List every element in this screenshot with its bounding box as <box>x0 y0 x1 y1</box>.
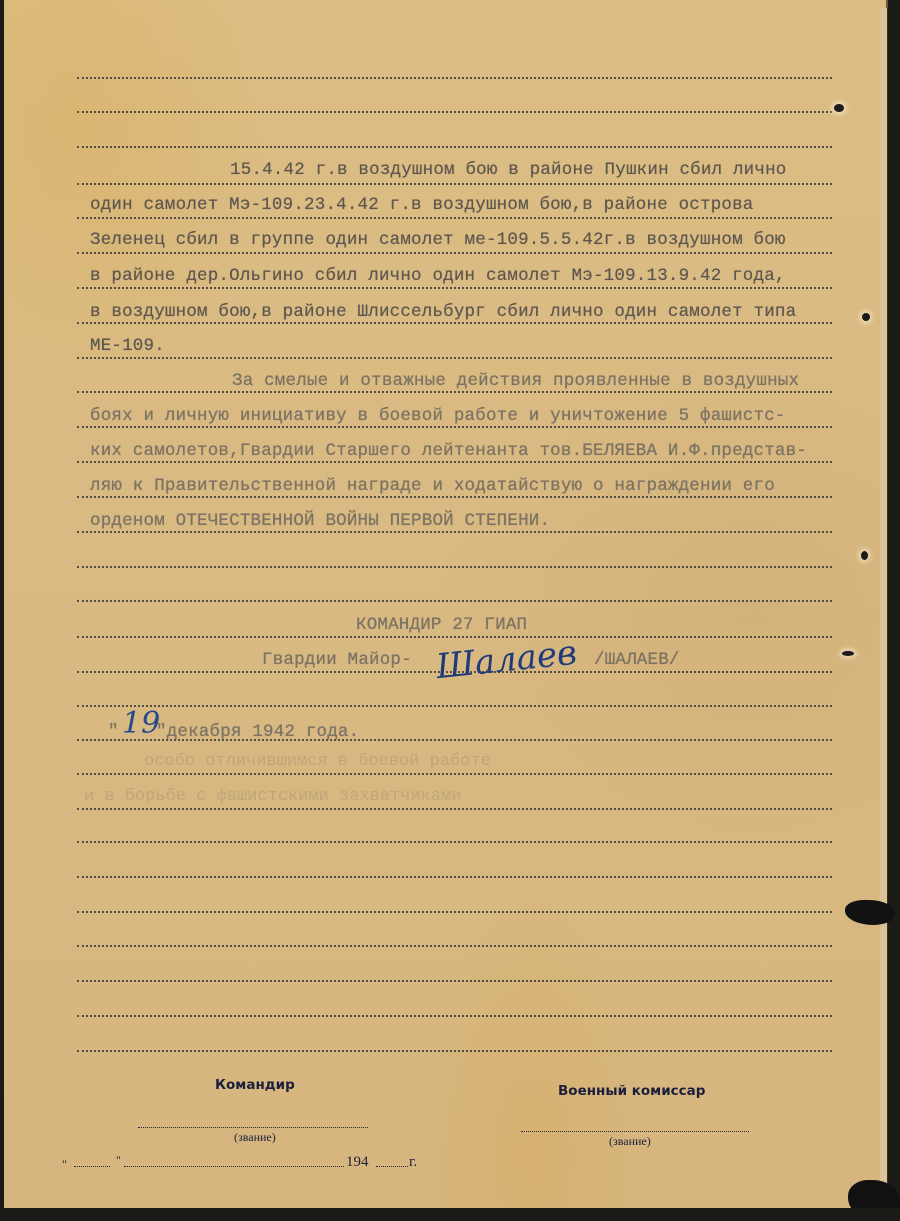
typed-line: ких самолетов,Гвардии Старшего лейтенант… <box>90 441 807 461</box>
ruled-line <box>77 531 832 533</box>
ruled-line <box>77 773 832 775</box>
typed-line: в воздушном бою,в районе Шлиссельбург сб… <box>90 302 796 322</box>
typed-line: 15.4.42 г.в воздушном бою в районе Пушки… <box>230 160 787 180</box>
ghost-text: особо отличившимся в боевой работе <box>144 752 491 771</box>
ruled-line <box>77 77 832 79</box>
ruled-line <box>77 876 832 878</box>
typed-line: МЕ-109. <box>90 336 165 356</box>
ruled-line <box>77 980 832 982</box>
ruled-line <box>77 111 832 113</box>
handwritten-day: 19 <box>122 706 160 741</box>
commander-label: Командир <box>215 1077 295 1093</box>
ruled-line <box>77 252 832 254</box>
ruled-line <box>77 945 832 947</box>
ruled-line <box>77 1050 832 1052</box>
ruled-line <box>77 426 832 428</box>
year-blank <box>376 1166 408 1167</box>
typed-line: Зеленец сбил в группе один самолет ме-10… <box>90 230 786 250</box>
punch-hole <box>861 551 868 560</box>
ruled-line <box>77 461 832 463</box>
date-quote-close: " <box>116 1153 121 1168</box>
commissar-label: Военный комиссар <box>558 1083 705 1099</box>
ruled-line <box>77 636 832 638</box>
document-page: 15.4.42 г.в воздушном бою в районе Пушки… <box>4 0 888 1208</box>
day-blank <box>74 1166 110 1167</box>
rank-line-right <box>521 1131 749 1132</box>
punch-hole <box>862 313 870 321</box>
punch-hole <box>842 651 854 656</box>
rank-caption-left: (звание) <box>234 1130 276 1145</box>
page-edge-line <box>887 8 888 1208</box>
typed-line: один самолет Мэ-109.23.4.42 г.в воздушно… <box>90 195 754 215</box>
punch-hole <box>834 104 844 112</box>
year-suffix: г. <box>409 1154 417 1171</box>
typed-line: ляю к Правительственной награде и ходата… <box>90 476 775 496</box>
rank-line-left <box>138 1127 368 1128</box>
year-prefix: 194 <box>346 1154 369 1171</box>
ruled-line <box>77 217 832 219</box>
ruled-line <box>77 1015 832 1017</box>
ruled-line <box>77 391 832 393</box>
ruled-line <box>77 496 832 498</box>
page-edge <box>880 8 887 1208</box>
typed-line: За смелые и отважные действия проявленны… <box>232 371 799 391</box>
typed-line: в районе дер.Ольгино сбил лично один сам… <box>90 266 786 286</box>
commander-rank: Гвардии Майор- <box>262 650 412 670</box>
ghost-text: и в борьбе с фашистскими захватчиками <box>84 787 461 806</box>
ruled-line <box>77 183 832 185</box>
ruled-line <box>77 146 832 148</box>
month-blank <box>124 1166 344 1167</box>
date-open-quote: " <box>108 722 119 742</box>
date-text: "декабря 1942 года. <box>156 722 359 742</box>
ruled-line <box>77 705 832 707</box>
commander-title: КОМАНДИР 27 ГИАП <box>356 615 527 635</box>
scan-border <box>0 1208 900 1221</box>
rank-caption-right: (звание) <box>609 1134 651 1149</box>
ruled-line <box>77 322 832 324</box>
handwritten-signature: Шалаев <box>434 633 578 688</box>
ruled-line <box>77 911 832 913</box>
date-quote-open: " <box>62 1157 67 1172</box>
ruled-line <box>77 287 832 289</box>
typed-line: боях и личную инициативу в боевой работе… <box>90 406 786 426</box>
typed-line: орденом ОТЕЧЕСТВЕННОЙ ВОЙНЫ ПЕРВОЙ СТЕПЕ… <box>90 511 550 531</box>
ruled-line <box>77 808 832 810</box>
ruled-line <box>77 841 832 843</box>
ruled-line <box>77 600 832 602</box>
ruled-line <box>77 357 832 359</box>
commander-name: /ШАЛАЕВ/ <box>594 650 680 670</box>
ruled-line <box>77 566 832 568</box>
